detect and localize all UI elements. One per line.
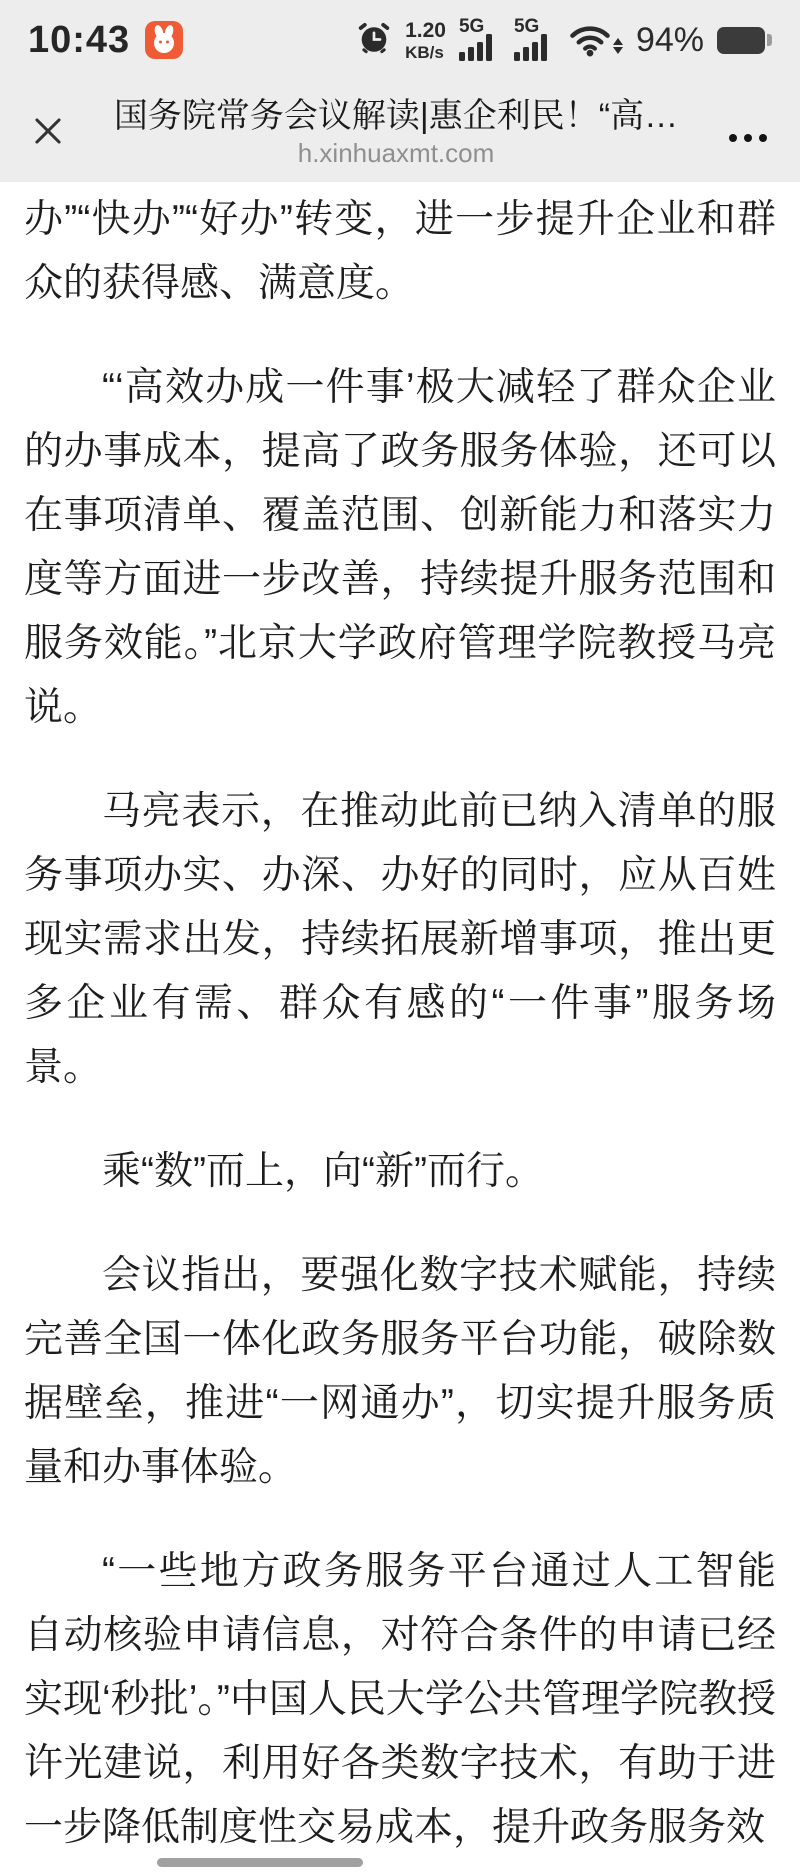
scroll-indicator[interactable] (157, 1858, 363, 1867)
article-paragraph: 会议指出，要强化数字技术赋能，持续完善全国一体化政务服务平台功能，破除数据壁垒，… (24, 1244, 776, 1500)
status-bar-right: 1.20 KB/s 5G 5G 94% (356, 17, 772, 63)
network-speed-indicator: 1.20 KB/s (405, 20, 446, 61)
article-body: 办”“快办”“好办”转变，进一步提升企业和群众的获得感、满意度。 “‘高效办成一… (0, 182, 800, 1860)
more-menu-button[interactable] (722, 120, 774, 142)
battery-icon (717, 27, 772, 54)
ellipsis-menu-icon (729, 134, 737, 142)
cell-signal-sim1-icon: 5G (459, 17, 501, 63)
bunny-app-icon (144, 20, 184, 60)
article-paragraph: 乘“数”而上，向“新”而行。 (24, 1140, 776, 1204)
webview-header: 国务院常务会议解读|惠企利民！“高… h.xinhuaxmt.com (0, 80, 800, 182)
alarm-clock-icon (356, 20, 392, 61)
network-speed-unit: KB/s (405, 44, 444, 61)
battery-percent: 94% (636, 21, 704, 60)
page-title: 国务院常务会议解读|惠企利民！“高… (78, 96, 714, 137)
clock-time: 10:43 (28, 19, 130, 62)
cell-signal-sim2-icon: 5G (514, 17, 556, 63)
status-bar: 10:43 (0, 0, 800, 80)
close-button[interactable] (26, 112, 70, 150)
close-x-icon (29, 112, 67, 150)
article-paragraph: 马亮表示，在推动此前已纳入清单的服务事项办实、办深、办好的同时，应从百姓现实需求… (24, 780, 776, 1100)
phone-screen: 10:43 (0, 0, 800, 1876)
page-url: h.xinhuaxmt.com (78, 140, 714, 166)
article-paragraph: “‘高效办成一件事’极大减轻了群众企业的办事成本，提高了政务服务体验，还可以在事… (24, 356, 776, 740)
network-speed-value: 1.20 (405, 20, 446, 41)
wifi-icon (569, 23, 623, 57)
title-wrap: 国务院常务会议解读|惠企利民！“高… h.xinhuaxmt.com (70, 96, 722, 167)
article-paragraph: 办”“快办”“好办”转变，进一步提升企业和群众的获得感、满意度。 (24, 188, 776, 316)
article-paragraph: “一些地方政务服务平台通过人工智能自动核验申请信息，对符合条件的申请已经实现‘秒… (24, 1540, 776, 1860)
wifi-traffic-arrows-icon (613, 38, 623, 57)
